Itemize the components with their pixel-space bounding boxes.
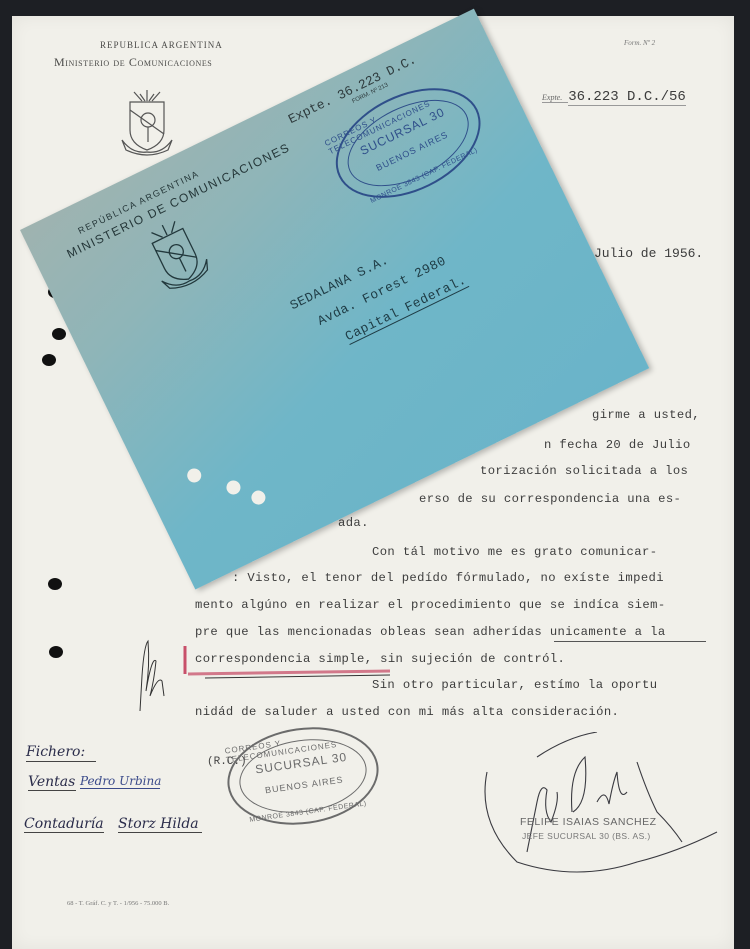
envelope-punch-hole [185, 466, 204, 485]
signatory-title: JEFE SUCURSAL 30 (BS. AS.) [522, 831, 651, 841]
body-line: ada. [338, 516, 369, 530]
punch-hole [49, 646, 63, 658]
body-line: Con tál motivo me es grato comunicar- [372, 545, 657, 559]
body-line: nidád de saluder a usted con mi más alta… [195, 705, 619, 719]
body-line: Sin otro particular, estímo la oportu [372, 678, 657, 692]
routing-note-value: Storz Hilda [118, 816, 202, 833]
initials-signature [130, 636, 180, 716]
envelope-punch-hole [249, 488, 268, 507]
expediente-reference: Expte.36.223 D.C./56 [542, 89, 686, 105]
body-line: : Visto, el tenor del pedído fórmulado, … [232, 571, 664, 585]
punch-hole [52, 328, 66, 340]
body-line: erso de su correspondencia una es- [419, 492, 681, 506]
body-line: torización solicitada a los [480, 464, 688, 478]
routing-note-value: Pedro Urbina [80, 774, 160, 789]
routing-note-label: Ventas [28, 774, 76, 791]
punch-hole [48, 578, 62, 590]
routing-note-label: Contaduría [24, 816, 104, 833]
signatory-name: FELIPE ISAIAS SANCHEZ [520, 816, 657, 828]
body-line: n fecha 20 de Julio [544, 438, 691, 452]
form-number: Form. Nº 2 [624, 39, 655, 47]
red-pencil-mark [180, 644, 400, 684]
handwritten-signature [477, 732, 727, 882]
letter-date: Julio de 1956. [594, 246, 703, 261]
underline-mark [554, 641, 706, 642]
letterhead-republic: REPUBLICA ARGENTINA [100, 40, 223, 50]
punch-hole [42, 354, 56, 366]
post-office-stamp: CORREOS Y TELECOMUNICACIONES SUCURSAL 30… [221, 718, 385, 834]
body-line: girme a usted, [592, 408, 700, 422]
printer-footer: 68 - T. Gráf. C. y T. - 1/956 - 75.000 B… [67, 900, 169, 907]
expediente-number: 36.223 D.C./56 [568, 89, 686, 106]
expediente-label: Expte. [542, 93, 568, 103]
body-line: mento algúno en realizar el procedimient… [195, 598, 666, 612]
letterhead-ministry: Ministerio de Comunicaciones [54, 55, 212, 70]
body-line: pre que las mencionadas obleas sean adhe… [195, 625, 666, 639]
envelope-punch-hole [224, 478, 243, 497]
coat-of-arms-icon [112, 88, 182, 158]
routing-note-label: Fichero: [26, 744, 96, 762]
